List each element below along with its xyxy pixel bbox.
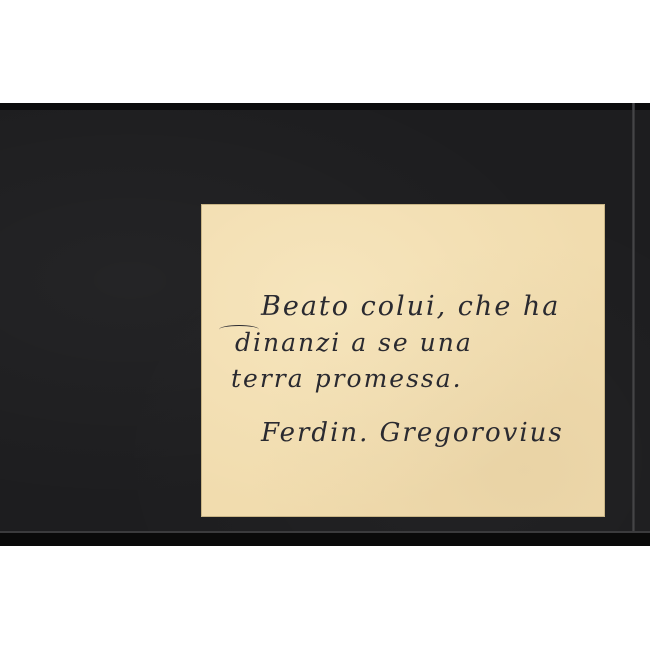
handwritten-card: Beato colui, che ha dinanzi a se una ter…: [201, 204, 605, 517]
handwritten-line-3: terra promessa.: [231, 364, 463, 393]
backing-top-edge: [0, 103, 650, 110]
protective-sleeve-edge: [632, 103, 635, 533]
backing-bottom-edge: [0, 533, 650, 546]
handwritten-line-2: dinanzi a se una: [235, 328, 473, 357]
handwritten-line-1: Beato colui, che ha: [261, 291, 560, 322]
signature: Ferdin. Gregorovius: [261, 418, 564, 448]
